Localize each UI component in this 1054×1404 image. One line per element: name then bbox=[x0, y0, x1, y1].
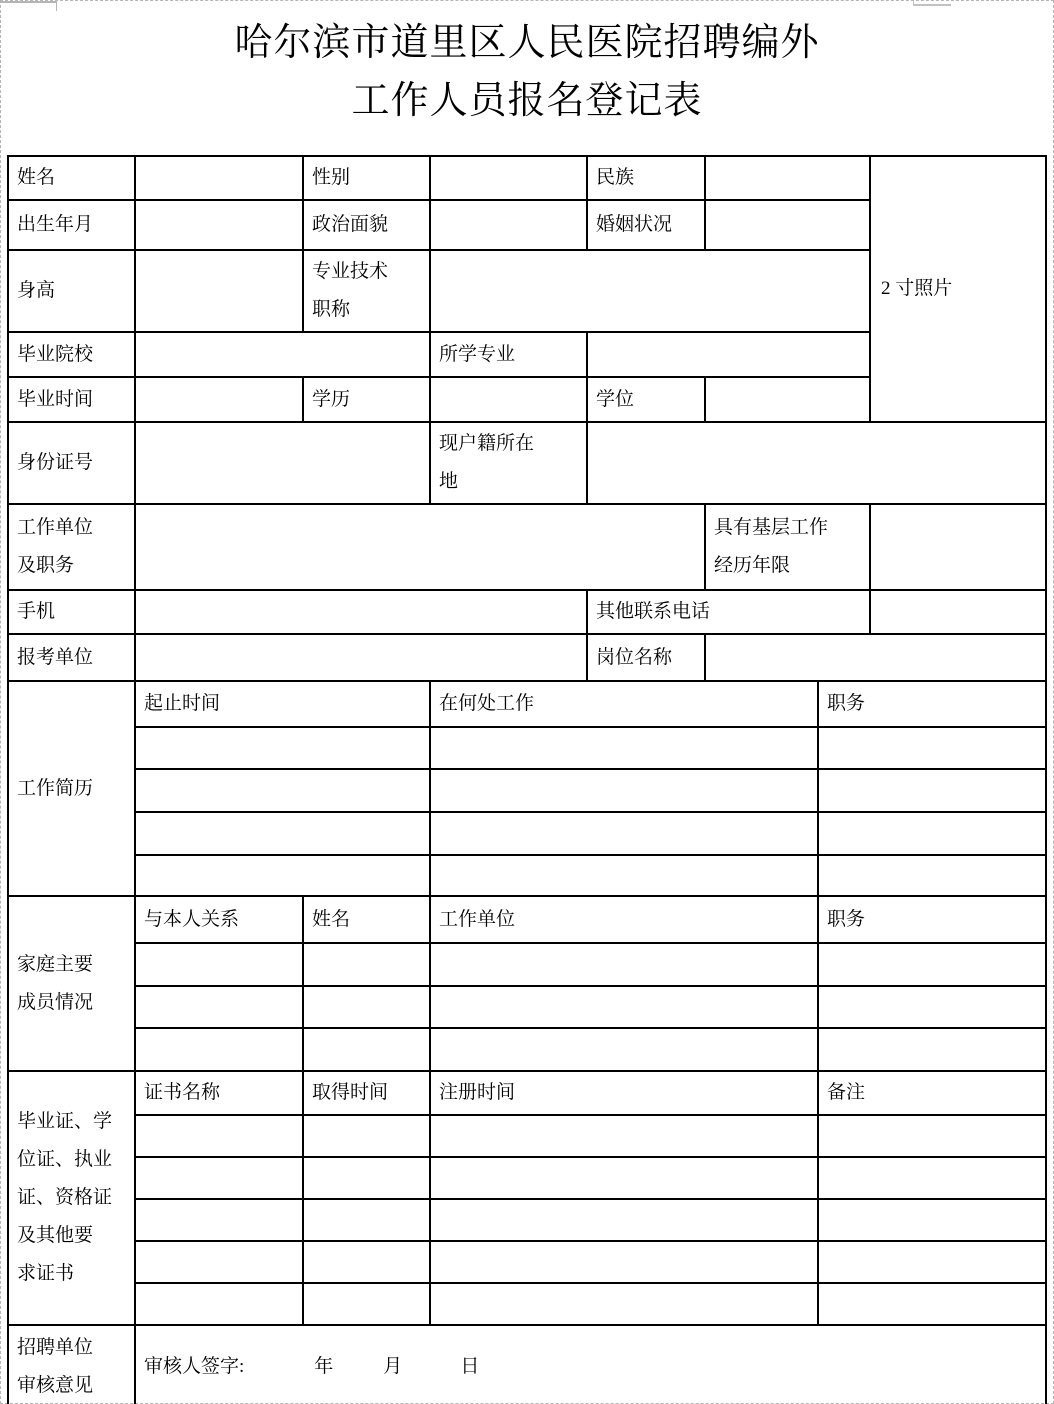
input-cert-registered-5[interactable] bbox=[430, 1283, 818, 1325]
input-family-duty-3[interactable] bbox=[818, 1028, 1046, 1071]
label-work-history: 工作简历 bbox=[8, 681, 135, 896]
input-work-duty-2[interactable] bbox=[818, 769, 1046, 812]
input-family-name-3[interactable] bbox=[303, 1028, 430, 1071]
label-education: 学历 bbox=[303, 377, 430, 422]
input-graduate-school[interactable] bbox=[135, 332, 430, 377]
input-family-duty-2[interactable] bbox=[818, 986, 1046, 1028]
input-work-where-1[interactable] bbox=[430, 727, 818, 769]
work-history-header-where: 在何处工作 bbox=[430, 681, 818, 727]
family-member-row bbox=[8, 1028, 1046, 1071]
input-political-status[interactable] bbox=[430, 200, 587, 250]
label-gender: 性别 bbox=[303, 156, 430, 200]
input-work-period-1[interactable] bbox=[135, 727, 430, 769]
input-mobile[interactable] bbox=[135, 590, 587, 634]
input-graduation-time[interactable] bbox=[135, 377, 303, 422]
input-cert-registered-3[interactable] bbox=[430, 1199, 818, 1241]
input-cert-name-1[interactable] bbox=[135, 1115, 303, 1157]
input-family-duty-1[interactable] bbox=[818, 943, 1046, 986]
certificate-row bbox=[8, 1157, 1046, 1199]
screen-edge-artifact-left bbox=[0, 1, 57, 11]
registration-form-table: 姓名 性别 民族 2 寸照片 出生年月 政治面貌 婚姻状况 身高 专业技术 职称… bbox=[7, 155, 1047, 1404]
input-family-unit-3[interactable] bbox=[430, 1028, 818, 1071]
input-grassroots-years[interactable] bbox=[870, 504, 1046, 590]
input-family-relation-3[interactable] bbox=[135, 1028, 303, 1071]
input-family-unit-2[interactable] bbox=[430, 986, 818, 1028]
cert-header-remarks: 备注 bbox=[818, 1071, 1046, 1115]
input-professional-title[interactable] bbox=[430, 250, 870, 332]
input-family-relation-2[interactable] bbox=[135, 986, 303, 1028]
input-birth-date[interactable] bbox=[135, 200, 303, 250]
document-page: 哈尔滨市道里区人民医院招聘编外 工作人员报名登记表 姓名 性别 民族 2 寸照片… bbox=[0, 0, 1054, 1404]
input-marital-status[interactable] bbox=[705, 200, 870, 250]
label-marital-status: 婚姻状况 bbox=[587, 200, 705, 250]
label-review-opinion: 招聘单位 审核意见 bbox=[8, 1325, 135, 1404]
input-work-period-4[interactable] bbox=[135, 855, 430, 896]
review-month-label: 月 bbox=[383, 1348, 402, 1386]
label-certificates: 毕业证、学 位证、执业 证、资格证 及其他要 求证书 bbox=[8, 1071, 135, 1325]
input-cert-name-5[interactable] bbox=[135, 1283, 303, 1325]
certificate-row bbox=[8, 1241, 1046, 1283]
input-family-unit-1[interactable] bbox=[430, 943, 818, 986]
input-family-name-2[interactable] bbox=[303, 986, 430, 1028]
label-apply-unit: 报考单位 bbox=[8, 634, 135, 681]
family-header-name: 姓名 bbox=[303, 896, 430, 943]
input-cert-registered-4[interactable] bbox=[430, 1241, 818, 1283]
input-cert-name-4[interactable] bbox=[135, 1241, 303, 1283]
label-family-members: 家庭主要 成员情况 bbox=[8, 896, 135, 1071]
work-history-header-duty: 职务 bbox=[818, 681, 1046, 727]
certificate-row bbox=[8, 1115, 1046, 1157]
input-work-where-3[interactable] bbox=[430, 812, 818, 855]
review-year-label: 年 bbox=[314, 1348, 333, 1386]
input-major[interactable] bbox=[587, 332, 870, 377]
input-cert-obtained-3[interactable] bbox=[303, 1199, 430, 1241]
input-work-duty-1[interactable] bbox=[818, 727, 1046, 769]
input-height[interactable] bbox=[135, 250, 303, 332]
certificate-row bbox=[8, 1199, 1046, 1241]
input-cert-registered-1[interactable] bbox=[430, 1115, 818, 1157]
input-cert-remarks-5[interactable] bbox=[818, 1283, 1046, 1325]
family-header-relation: 与本人关系 bbox=[135, 896, 303, 943]
input-work-where-2[interactable] bbox=[430, 769, 818, 812]
label-current-residence: 现户籍所在 地 bbox=[430, 422, 587, 504]
work-history-row bbox=[8, 727, 1046, 769]
input-cert-remarks-3[interactable] bbox=[818, 1199, 1046, 1241]
input-ethnicity[interactable] bbox=[705, 156, 870, 200]
work-history-header-period: 起止时间 bbox=[135, 681, 430, 727]
form-title-line1: 哈尔滨市道里区人民医院招聘编外 bbox=[0, 14, 1054, 72]
input-apply-unit[interactable] bbox=[135, 634, 587, 681]
input-work-period-2[interactable] bbox=[135, 769, 430, 812]
family-header-unit: 工作单位 bbox=[430, 896, 818, 943]
label-political-status: 政治面貌 bbox=[303, 200, 430, 250]
label-work-unit-position: 工作单位 及职务 bbox=[8, 504, 135, 590]
label-ethnicity: 民族 bbox=[587, 156, 705, 200]
input-gender[interactable] bbox=[430, 156, 587, 200]
cert-header-obtained: 取得时间 bbox=[303, 1071, 430, 1115]
review-day-label: 日 bbox=[460, 1348, 479, 1386]
family-member-row bbox=[8, 986, 1046, 1028]
label-birth-date: 出生年月 bbox=[8, 200, 135, 250]
screen-edge-artifact-right bbox=[913, 0, 951, 6]
input-family-relation-1[interactable] bbox=[135, 943, 303, 986]
input-work-duty-3[interactable] bbox=[818, 812, 1046, 855]
input-other-phone[interactable] bbox=[870, 590, 1046, 634]
label-graduate-school: 毕业院校 bbox=[8, 332, 135, 377]
label-height: 身高 bbox=[8, 250, 135, 332]
input-degree[interactable] bbox=[705, 377, 870, 422]
form-title-line2: 工作人员报名登记表 bbox=[0, 72, 1054, 130]
input-current-residence[interactable] bbox=[587, 422, 1046, 504]
label-mobile: 手机 bbox=[8, 590, 135, 634]
input-cert-obtained-2[interactable] bbox=[303, 1157, 430, 1199]
work-history-row bbox=[8, 855, 1046, 896]
certificate-row bbox=[8, 1283, 1046, 1325]
family-member-row bbox=[8, 943, 1046, 986]
input-work-unit-position[interactable] bbox=[135, 504, 705, 590]
input-cert-remarks-1[interactable] bbox=[818, 1115, 1046, 1157]
input-cert-registered-2[interactable] bbox=[430, 1157, 818, 1199]
work-history-row bbox=[8, 812, 1046, 855]
input-work-duty-4[interactable] bbox=[818, 855, 1046, 896]
label-position-name: 岗位名称 bbox=[587, 634, 705, 681]
label-degree: 学位 bbox=[587, 377, 705, 422]
family-header-duty: 职务 bbox=[818, 896, 1046, 943]
input-education[interactable] bbox=[430, 377, 587, 422]
label-other-phone: 其他联系电话 bbox=[587, 590, 870, 634]
input-position-name[interactable] bbox=[705, 634, 1046, 681]
form-title: 哈尔滨市道里区人民医院招聘编外 工作人员报名登记表 bbox=[0, 14, 1054, 130]
photo-placeholder-cell[interactable]: 2 寸照片 bbox=[870, 156, 1046, 422]
label-professional-title: 专业技术 职称 bbox=[303, 250, 430, 332]
input-cert-name-2[interactable] bbox=[135, 1157, 303, 1199]
input-family-name-1[interactable] bbox=[303, 943, 430, 986]
input-cert-obtained-1[interactable] bbox=[303, 1115, 430, 1157]
input-work-period-3[interactable] bbox=[135, 812, 430, 855]
review-sign-label: 审核人签字: bbox=[144, 1356, 244, 1377]
label-major: 所学专业 bbox=[430, 332, 587, 377]
input-cert-remarks-4[interactable] bbox=[818, 1241, 1046, 1283]
input-cert-name-3[interactable] bbox=[135, 1199, 303, 1241]
input-work-where-4[interactable] bbox=[430, 855, 818, 896]
input-id-number[interactable] bbox=[135, 422, 430, 504]
label-id-number: 身份证号 bbox=[8, 422, 135, 504]
cert-header-name: 证书名称 bbox=[135, 1071, 303, 1115]
label-graduation-time: 毕业时间 bbox=[8, 377, 135, 422]
input-cert-remarks-2[interactable] bbox=[818, 1157, 1046, 1199]
cert-header-registered: 注册时间 bbox=[430, 1071, 818, 1115]
label-name: 姓名 bbox=[8, 156, 135, 200]
input-name[interactable] bbox=[135, 156, 303, 200]
work-history-row bbox=[8, 769, 1046, 812]
input-cert-obtained-5[interactable] bbox=[303, 1283, 430, 1325]
review-sign-cell[interactable]: 审核人签字:年月日 bbox=[135, 1325, 1046, 1404]
input-cert-obtained-4[interactable] bbox=[303, 1241, 430, 1283]
label-grassroots-years: 具有基层工作 经历年限 bbox=[705, 504, 870, 590]
